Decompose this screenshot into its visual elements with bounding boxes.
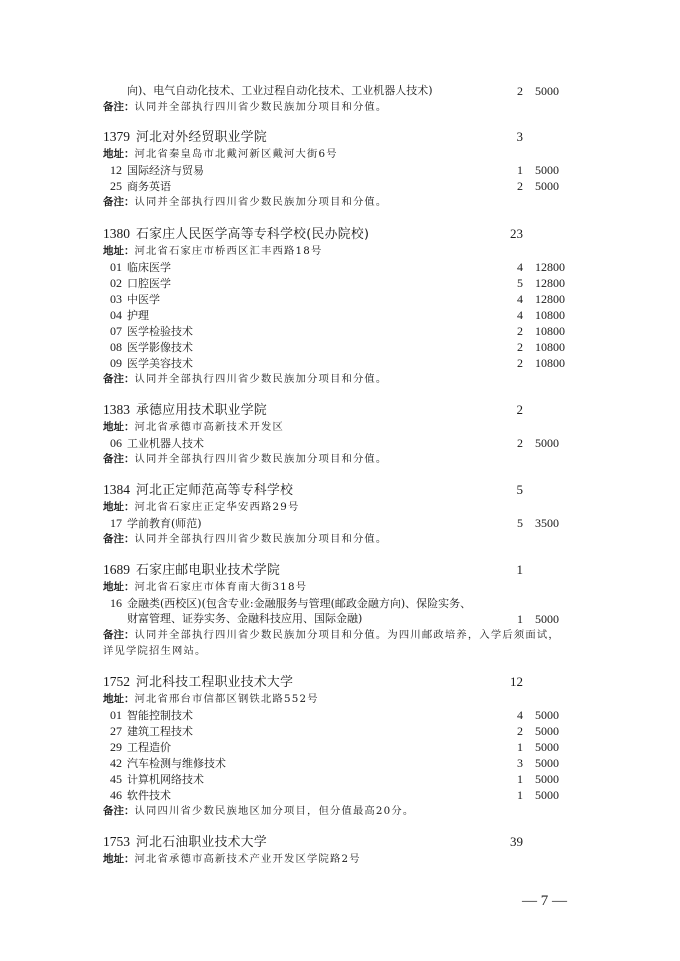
address-line: 地址：河北省石家庄市体育南大街318号: [103, 579, 583, 595]
remark-line: 备注：认同并全部执行四川省少数民族加分项目和分值。: [103, 194, 583, 210]
major-row: 29工程造价 1 5000: [103, 739, 583, 755]
major-count: 2: [503, 723, 523, 739]
major-name: 软件技术: [127, 789, 171, 802]
school-code: 1752: [103, 674, 130, 689]
school-name: 承德应用技术职业学院: [136, 403, 267, 418]
school-code: 1753: [103, 834, 130, 849]
major-fee: 12800: [535, 275, 565, 291]
school-header: 1753河北石油职业技术大学 39: [103, 834, 583, 850]
major-name: 国际经济与贸易: [127, 164, 204, 177]
major-name: 金融类(西校区)(包含专业:金融服务与管理(邮政金融方向)、保险实务、: [127, 597, 471, 610]
address-text: 河北省石家庄市桥西区汇丰西路18号: [135, 245, 323, 257]
major-count: 4: [503, 291, 523, 307]
major-row-continuation: 财富管理、证券实务、金融科技应用、国际金融) 1 5000: [103, 611, 583, 627]
major-code: 09: [110, 356, 122, 370]
major-row: 03中医学 4 12800: [103, 291, 583, 307]
remark-line: 备注：认同并全部执行四川省少数民族加分项目和分值。: [103, 451, 583, 467]
address-label: 地址：: [103, 581, 135, 593]
major-row: 12国际经济与贸易 1 5000: [103, 162, 583, 178]
remark-text: 认同并全部执行四川省少数民族加分项目和分值。为四川邮政培养，入学后须面试，: [135, 629, 560, 641]
major-code: 06: [110, 436, 122, 450]
major-row: 04护理 4 10800: [103, 307, 583, 323]
school-header: 1689石家庄邮电职业技术学院 1: [103, 562, 583, 578]
major-fee: 3500: [535, 515, 559, 531]
major-fee: 5000: [535, 435, 559, 451]
remark-line: 备注：认同四川省少数民族地区加分项目，但分值最高20分。: [103, 803, 583, 819]
address-text: 河北省承德市高新技术开发区: [135, 421, 284, 433]
address-line: 地址：河北省秦皇岛市北戴河新区戴河大街6号: [103, 146, 583, 162]
major-row: 09医学美容技术 2 10800: [103, 355, 583, 371]
major-fee: 5000: [535, 787, 559, 803]
major-count: 2: [503, 323, 523, 339]
major-fee: 10800: [535, 339, 565, 355]
school-header: 1384河北正定师范高等专科学校 5: [103, 482, 583, 498]
major-name: 工业机器人技术: [127, 437, 204, 450]
school-header: 1752河北科技工程职业技术大学 12: [103, 674, 583, 690]
major-fee: 10800: [535, 323, 565, 339]
major-name: 智能控制技术: [127, 709, 193, 722]
major-count: 1: [503, 162, 523, 178]
major-row: 25商务英语 2 5000: [103, 178, 583, 194]
school-header: 1383承德应用技术职业学院 2: [103, 402, 583, 418]
major-name-continuation: 财富管理、证券实务、金融科技应用、国际金融): [127, 611, 362, 627]
address-label: 地址：: [103, 421, 135, 433]
school-total-count: 39: [503, 834, 523, 850]
address-line: 地址：河北省承德市高新技术产业开发区学院路2号: [103, 851, 583, 867]
school-name: 河北科技工程职业技术大学: [136, 675, 293, 690]
major-name: 学前教育(师范): [127, 517, 202, 530]
address-line: 地址：河北省石家庄市桥西区汇丰西路18号: [103, 243, 583, 259]
school-total-count: 23: [503, 226, 523, 242]
major-code: 29: [110, 740, 122, 754]
major-count: 2: [503, 178, 523, 194]
major-name: 口腔医学: [127, 277, 171, 290]
major-row: 08医学影像技术 2 10800: [103, 339, 583, 355]
remark-label: 备注：: [103, 805, 135, 817]
address-label: 地址：: [103, 501, 135, 513]
major-row: 06工业机器人技术 2 5000: [103, 435, 583, 451]
major-fee: 5000: [535, 611, 559, 627]
school-total-count: 12: [503, 674, 523, 690]
major-row: 16金融类(西校区)(包含专业:金融服务与管理(邮政金融方向)、保险实务、: [103, 595, 583, 611]
remark-text: 认同并全部执行四川省少数民族加分项目和分值。: [135, 533, 388, 545]
address-line: 地址：河北省石家庄正定华安西路29号: [103, 499, 583, 515]
school-code: 1383: [103, 402, 130, 417]
address-text: 河北省邢台市信都区钢铁北路552号: [135, 693, 319, 705]
major-fee: 5000: [535, 707, 559, 723]
address-line: 地址：河北省邢台市信都区钢铁北路552号: [103, 691, 583, 707]
address-label: 地址：: [103, 853, 135, 865]
remark-label: 备注：: [103, 453, 135, 465]
major-row: 27建筑工程技术 2 5000: [103, 723, 583, 739]
major-name: 护理: [127, 309, 149, 322]
major-count: 1: [503, 771, 523, 787]
major-count: 2: [503, 339, 523, 355]
major-row: 01智能控制技术 4 5000: [103, 707, 583, 723]
major-fee: 5000: [535, 723, 559, 739]
major-code: 46: [110, 788, 122, 802]
major-count: 5: [503, 515, 523, 531]
school-total-count: 5: [503, 482, 523, 498]
major-name: 医学美容技术: [127, 357, 193, 370]
major-name: 计算机网络技术: [127, 773, 204, 786]
remark-text: 认同并全部执行四川省少数民族加分项目和分值。: [135, 101, 388, 113]
school-name: 河北石油职业技术大学: [136, 835, 267, 850]
major-fee: 5000: [535, 755, 559, 771]
page-number: — 7 —: [522, 893, 567, 910]
school-name: 石家庄人民医学高等专科学校(民办院校): [136, 227, 369, 242]
remark-label: 备注：: [103, 373, 135, 385]
major-row: 02口腔医学 5 12800: [103, 275, 583, 291]
major-code: 12: [110, 163, 122, 177]
major-count: 3: [503, 755, 523, 771]
remark-text: 认同并全部执行四川省少数民族加分项目和分值。: [135, 196, 388, 208]
major-count: 2: [503, 83, 523, 99]
major-row: 42汽车检测与维修技术 3 5000: [103, 755, 583, 771]
remark-text: 认同四川省少数民族地区加分项目，但分值最高20分。: [135, 805, 415, 817]
address-label: 地址：: [103, 693, 135, 705]
major-name: 工程造价: [127, 741, 171, 754]
major-row: 45计算机网络技术 1 5000: [103, 771, 583, 787]
major-code: 45: [110, 772, 122, 786]
major-row: 17学前教育(师范) 5 3500: [103, 515, 583, 531]
major-fee: 5000: [535, 739, 559, 755]
major-count: 1: [503, 611, 523, 627]
major-count: 2: [503, 435, 523, 451]
major-code: 42: [110, 756, 122, 770]
school-name: 石家庄邮电职业技术学院: [136, 563, 280, 578]
address-text: 河北省石家庄正定华安西路29号: [135, 501, 300, 513]
school-name: 河北对外经贸职业学院: [136, 130, 267, 145]
remark-line: 备注：认同并全部执行四川省少数民族加分项目和分值。: [103, 371, 583, 387]
major-count: 2: [503, 355, 523, 371]
major-code: 25: [110, 179, 122, 193]
major-name-continuation: 向)、电气自动化技术、工业过程自动化技术、工业机器人技术): [127, 83, 433, 99]
school-name: 河北正定师范高等专科学校: [136, 483, 293, 498]
major-row: 01临床医学 4 12800: [103, 259, 583, 275]
school-total-count: 3: [503, 129, 523, 145]
major-row: 07医学检验技术 2 10800: [103, 323, 583, 339]
school-total-count: 1: [503, 562, 523, 578]
major-count: 4: [503, 307, 523, 323]
major-count: 4: [503, 707, 523, 723]
school-code: 1384: [103, 482, 130, 497]
major-name: 临床医学: [127, 261, 171, 274]
major-code: 04: [110, 308, 122, 322]
remark-line: 备注：认同并全部执行四川省少数民族加分项目和分值。为四川邮政培养，入学后须面试，: [103, 627, 583, 643]
major-fee: 5000: [535, 83, 559, 99]
school-header: 1379河北对外经贸职业学院 3: [103, 129, 583, 145]
major-name: 商务英语: [127, 180, 171, 193]
major-fee: 5000: [535, 771, 559, 787]
major-code: 07: [110, 324, 122, 338]
major-count: 5: [503, 275, 523, 291]
major-name: 中医学: [127, 293, 160, 306]
major-fee: 10800: [535, 355, 565, 371]
major-fee: 12800: [535, 291, 565, 307]
major-code: 16: [110, 596, 122, 610]
major-code: 01: [110, 708, 122, 722]
major-fee: 5000: [535, 178, 559, 194]
major-code: 02: [110, 276, 122, 290]
address-label: 地址：: [103, 245, 135, 257]
address-text: 河北省石家庄市体育南大街318号: [135, 581, 308, 593]
major-fee: 12800: [535, 259, 565, 275]
major-name: 汽车检测与维修技术: [127, 757, 226, 770]
major-fee: 5000: [535, 162, 559, 178]
major-code: 08: [110, 340, 122, 354]
major-count: 4: [503, 259, 523, 275]
school-code: 1379: [103, 129, 130, 144]
major-count: 1: [503, 739, 523, 755]
address-text: 河北省承德市高新技术产业开发区学院路2号: [135, 853, 361, 865]
remark-text-continuation: 详见学院招生网站。: [103, 643, 206, 659]
school-code: 1380: [103, 226, 130, 241]
remark-label: 备注：: [103, 533, 135, 545]
major-code: 17: [110, 516, 122, 530]
remark-label: 备注：: [103, 101, 135, 113]
major-name: 医学检验技术: [127, 325, 193, 338]
major-code: 27: [110, 724, 122, 738]
remark-line: 备注：认同并全部执行四川省少数民族加分项目和分值。: [103, 99, 583, 115]
school-code: 1689: [103, 562, 130, 577]
major-name: 医学影像技术: [127, 341, 193, 354]
major-continuation-line: 向)、电气自动化技术、工业过程自动化技术、工业机器人技术) 2 5000: [103, 83, 583, 99]
major-row: 46软件技术 1 5000: [103, 787, 583, 803]
remark-text: 认同并全部执行四川省少数民族加分项目和分值。: [135, 453, 388, 465]
school-total-count: 2: [503, 402, 523, 418]
remark-line-continuation: 详见学院招生网站。: [103, 643, 583, 659]
major-name: 建筑工程技术: [127, 725, 193, 738]
school-header: 1380石家庄人民医学高等专科学校(民办院校) 23: [103, 226, 583, 242]
address-line: 地址：河北省承德市高新技术开发区: [103, 419, 583, 435]
address-text: 河北省秦皇岛市北戴河新区戴河大街6号: [135, 148, 338, 160]
remark-line: 备注：认同并全部执行四川省少数民族加分项目和分值。: [103, 531, 583, 547]
major-code: 01: [110, 260, 122, 274]
remark-label: 备注：: [103, 629, 135, 641]
remark-label: 备注：: [103, 196, 135, 208]
document-page: 向)、电气自动化技术、工业过程自动化技术、工业机器人技术) 2 5000 备注：…: [0, 0, 680, 961]
major-fee: 10800: [535, 307, 565, 323]
major-code: 03: [110, 292, 122, 306]
address-label: 地址：: [103, 148, 135, 160]
remark-text: 认同并全部执行四川省少数民族加分项目和分值。: [135, 373, 388, 385]
major-count: 1: [503, 787, 523, 803]
